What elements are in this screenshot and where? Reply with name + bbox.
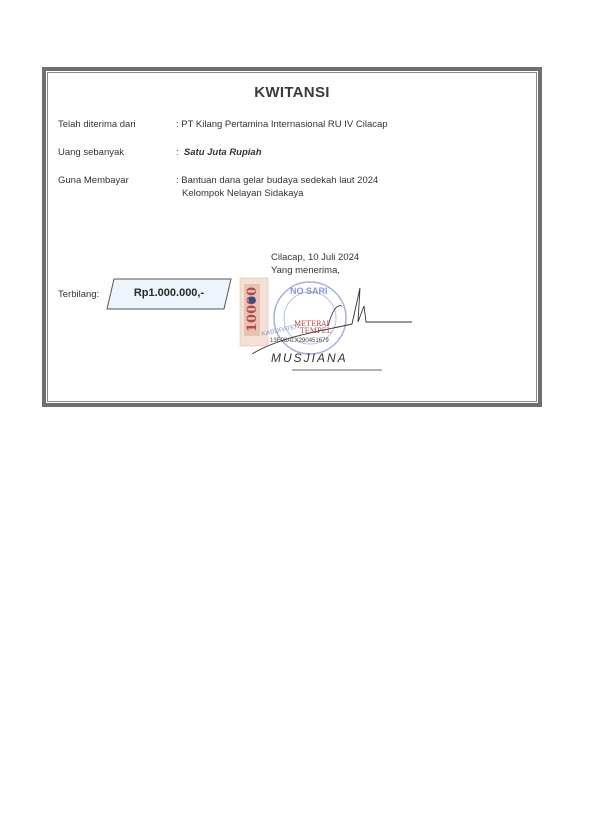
svg-text:10000: 10000	[245, 287, 260, 332]
field-value: : PT Kilang Pertamina Internasional RU I…	[176, 119, 388, 130]
terbilang-label: Terbilang:	[58, 289, 99, 300]
amount-value: Rp1.000.000,-	[106, 287, 232, 299]
field-label: Telah diterima dari	[58, 119, 136, 130]
svg-text:13E08ALX290451679: 13E08ALX290451679	[270, 338, 329, 344]
receipt-frame: KWITANSI Telah diterima dari : PT Kilang…	[42, 67, 542, 407]
place-date: Cilacap, 10 Juli 2024	[271, 251, 359, 264]
field-value: : Satu Juta Rupiah	[176, 147, 262, 158]
signature-name: MUSJIANA	[271, 351, 348, 365]
place-date-block: Cilacap, 10 Juli 2024 Yang menerima,	[271, 251, 359, 277]
receipt-title: KWITANSI	[46, 84, 538, 101]
field-label: Uang sebanyak	[58, 147, 124, 158]
field-label: Guna Membayar	[58, 175, 129, 186]
field-value: : Bantuan dana gelar budaya sedekah laut…	[176, 175, 378, 199]
amount-box: Rp1.000.000,-	[106, 278, 232, 308]
svg-text:NO SARI: NO SARI	[290, 286, 328, 296]
